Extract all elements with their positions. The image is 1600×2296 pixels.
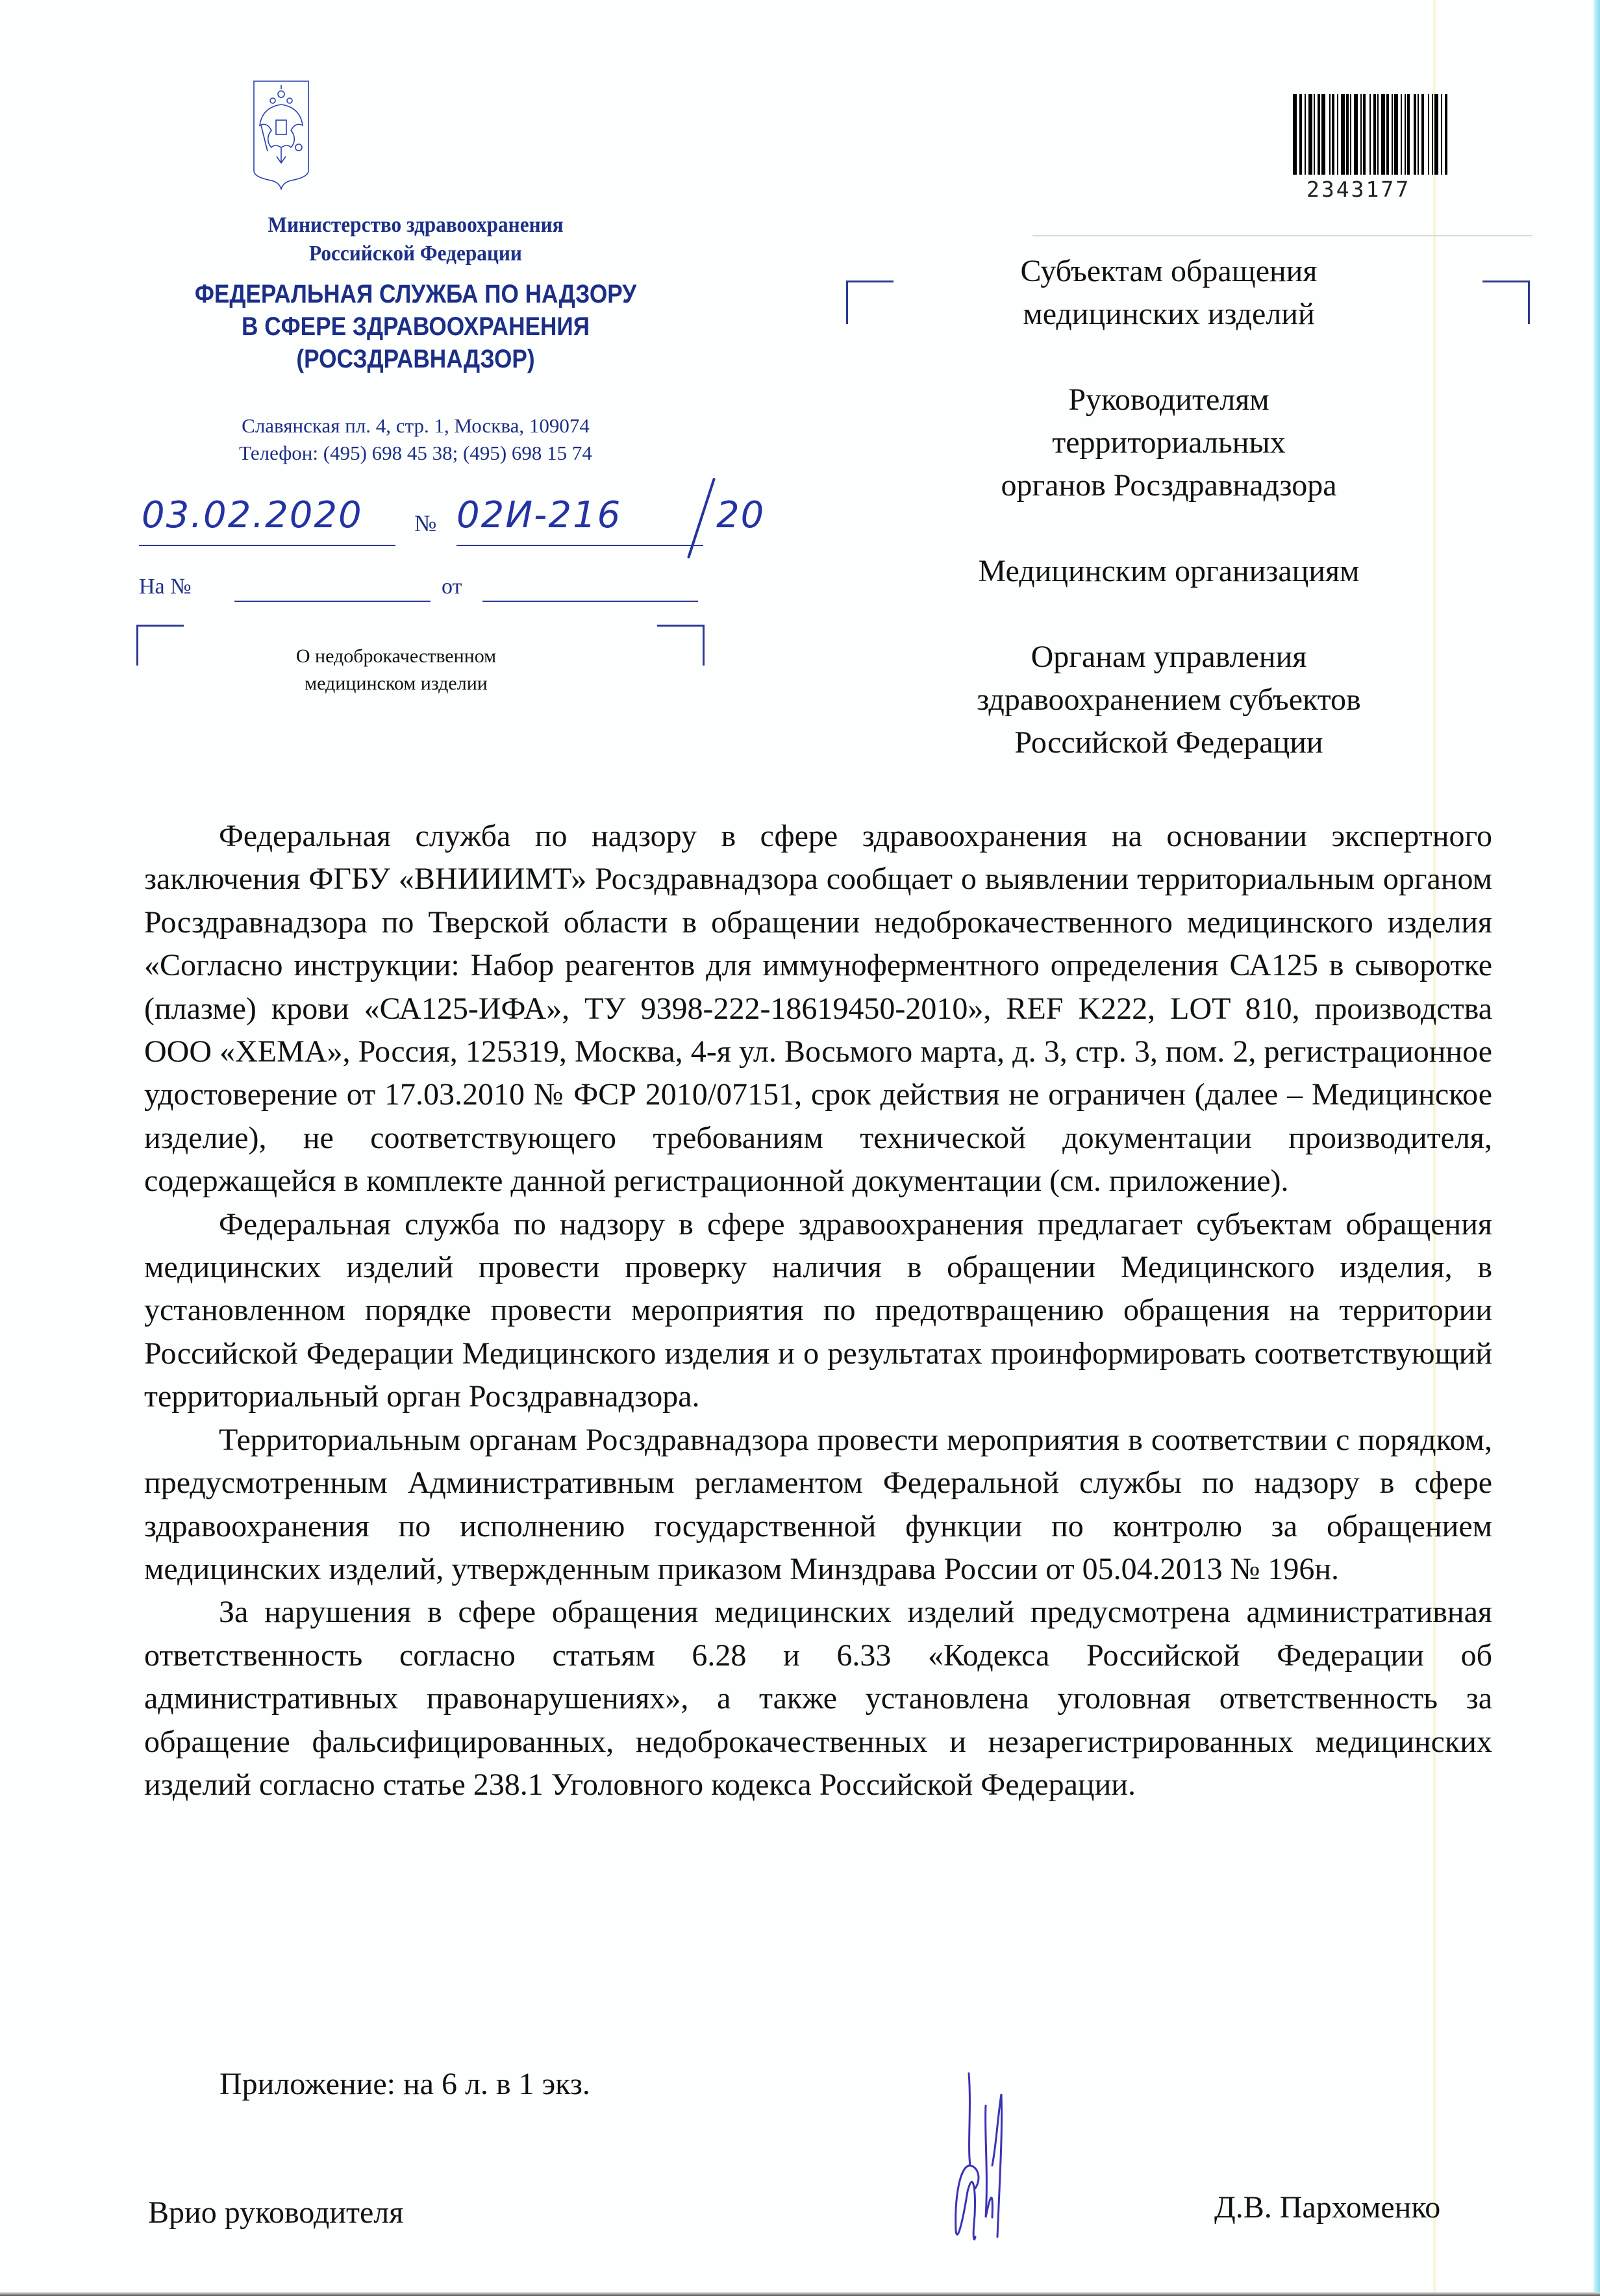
recipient-group: Руководителям территориальных органов Ро… <box>883 379 1455 507</box>
slash-mark <box>687 478 716 559</box>
ministry-name: Министерство здравоохранения Российской … <box>147 211 684 268</box>
handwritten-signature-icon <box>948 2068 1026 2250</box>
signatory-name: Д.В. Пархоменко <box>1214 2190 1440 2225</box>
contact-block: Славянская пл. 4, стр. 1, Москва, 109074… <box>123 412 708 467</box>
recipient-line: медицинских изделий <box>883 293 1455 336</box>
reply-to-label: На № <box>139 575 192 599</box>
recipient-group: Субъектам обращения медицинских изделий <box>883 250 1455 336</box>
recipient-line: Руководителям <box>883 379 1455 421</box>
registration-date: 03.02.2020 <box>142 494 363 536</box>
recipients-block: Субъектам обращения медицинских изделий … <box>883 250 1455 807</box>
registration-line: 03.02.2020 № 02И-216 20 <box>129 490 713 549</box>
reply-number-blank <box>234 601 431 602</box>
phone: Телефон: (495) 698 45 38; (495) 698 15 7… <box>123 440 708 467</box>
registration-number-suffix: 20 <box>716 494 765 536</box>
bracket-corner <box>1482 281 1530 324</box>
number-sign: № <box>414 510 436 537</box>
body-paragraph: Федеральная служба по надзору в сфере зд… <box>144 815 1492 1203</box>
recipient-line: Субъектам обращения <box>883 250 1455 293</box>
signatory-position: Врио руководителя <box>148 2195 403 2230</box>
barcode <box>1293 94 1479 175</box>
barcode-number: 2343177 <box>1306 177 1410 202</box>
service-line: В СФЕРЕ ЗДРАВООХРАНЕНИЯ <box>158 310 673 343</box>
recipient-line: здравоохранением субъектов <box>883 679 1455 721</box>
address: Славянская пл. 4, стр. 1, Москва, 109074 <box>123 412 708 440</box>
barcode-bar <box>1447 94 1449 175</box>
reply-from-label: от <box>442 575 462 599</box>
recipient-group: Органам управления здравоохранением субъ… <box>883 636 1455 764</box>
number-underline <box>456 545 703 546</box>
body-paragraph: Территориальным органам Росздравнадзора … <box>144 1419 1492 1591</box>
recipient-group: Медицинским организациям <box>883 550 1455 593</box>
reply-reference-line: На № от <box>129 575 713 607</box>
ministry-line: Российской Федерации <box>147 240 684 268</box>
registration-number: 02И-216 <box>456 494 621 536</box>
ministry-line: Министерство здравоохранения <box>147 211 684 240</box>
subject-text: медицинском изделии <box>169 670 623 697</box>
scan-bottom-edge <box>0 2292 1600 2296</box>
appendix-note: Приложение: на 6 л. в 1 экз. <box>219 2066 590 2102</box>
service-name: ФЕДЕРАЛЬНАЯ СЛУЖБА ПО НАДЗОРУ В СФЕРЕ ЗД… <box>158 278 673 375</box>
service-line: ФЕДЕРАЛЬНАЯ СЛУЖБА ПО НАДЗОРУ <box>158 278 673 310</box>
subject-line: О недоброкачественном медицинском издели… <box>169 643 623 697</box>
recipient-line: органов Росздравнадзора <box>883 464 1455 507</box>
recipient-line: Медицинским организациям <box>883 550 1455 593</box>
date-underline <box>139 545 395 546</box>
recipient-line: территориальных <box>883 421 1455 464</box>
russian-coat-of-arms-icon <box>252 80 310 190</box>
divider <box>1032 235 1532 236</box>
service-line: (РОСЗДРАВНАДЗОР) <box>158 343 673 375</box>
recipient-line: Органам управления <box>883 636 1455 679</box>
bracket-corner <box>657 625 705 666</box>
recipient-line: Российской Федерации <box>883 721 1455 764</box>
letter-body: Федеральная служба по надзору в сфере зд… <box>144 815 1492 1806</box>
body-paragraph: За нарушения в сфере обращения медицинск… <box>144 1591 1492 1806</box>
subject-text: О недоброкачественном <box>169 643 623 670</box>
scan-edge <box>1594 0 1600 2296</box>
body-paragraph: Федеральная служба по надзору в сфере зд… <box>144 1203 1492 1419</box>
reply-date-blank <box>482 601 698 602</box>
